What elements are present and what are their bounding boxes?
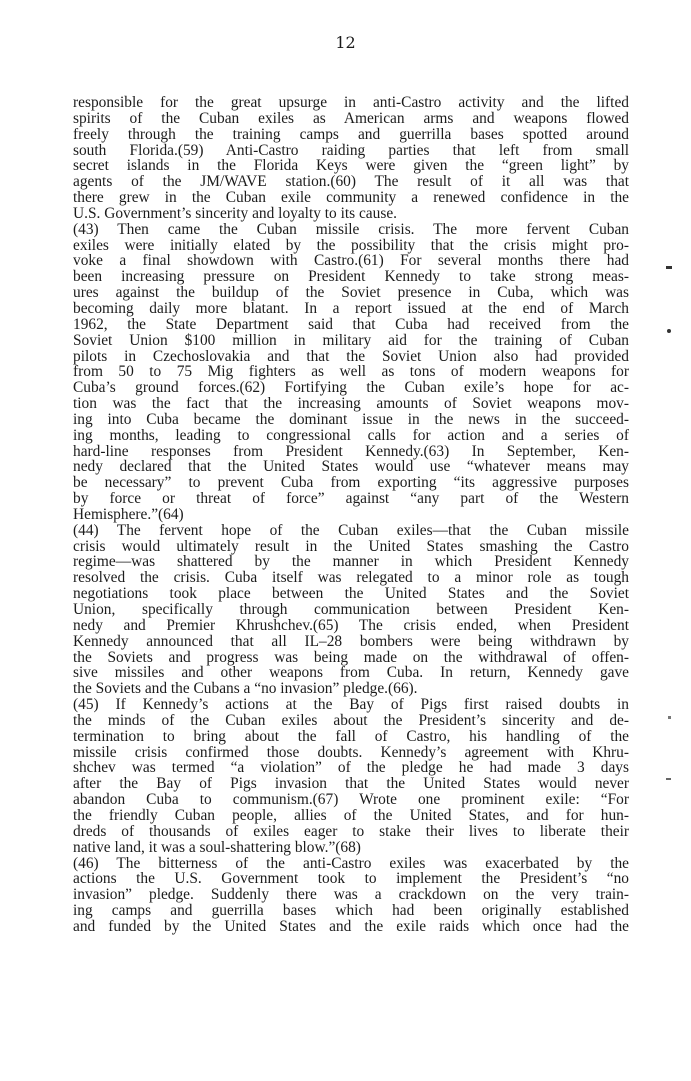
text-line: Kennedy announced that all IL–28 bombers… [73,634,629,650]
text-line: agents of the JM/WAVE station.(60) The r… [73,174,629,190]
body-text: responsible for the great upsurge in ant… [73,95,629,935]
text-line: Cuba’s ground forces.(62) Fortifying the… [73,380,629,396]
text-line: pilots in Czechoslovakia and that the So… [73,349,629,365]
text-line: ing into Cuba became the dominant issue … [73,412,629,428]
text-line: regime—was shattered by the manner in wh… [73,554,629,570]
text-line: Union, specifically through communicatio… [73,602,629,618]
text-line: becoming daily more blatant. In a report… [73,301,629,317]
text-line: missile crisis confirmed those doubts. K… [73,745,629,761]
text-line: the minds of the Cuban exiles about the … [73,713,629,729]
text-line: sive missiles and other weapons from Cub… [73,665,629,681]
text-line: from 50 to 75 Mig fighters as well as to… [73,364,629,380]
text-line: (43) Then came the Cuban missile crisis.… [73,222,629,238]
text-line: native land, it was a soul-shattering bl… [73,840,629,856]
page-number: 12 [0,33,691,52]
margin-mark [666,266,672,269]
text-line: hard-line responses from President Kenne… [73,444,629,460]
text-line: exiles were initially elated by the poss… [73,238,629,254]
text-line: freely through the training camps and gu… [73,127,629,143]
text-line: resolved the crisis. Cuba itself was rel… [73,570,629,586]
text-line: voke a final showdown with Castro.(61) F… [73,253,629,269]
text-line: been increasing pressure on President Ke… [73,269,629,285]
text-line: ing camps and guerrilla bases which had … [73,903,629,919]
text-line: ing months, leading to congressional cal… [73,428,629,444]
text-line: invasion” pledge. Suddenly there was a c… [73,887,629,903]
margin-mark [666,778,671,780]
text-line: be necessary” to prevent Cuba from expor… [73,475,629,491]
text-line: by force or threat of force” against “an… [73,491,629,507]
text-line: south Florida.(59) Anti-Castro raiding p… [73,143,629,159]
text-line: actions the U.S. Government took to impl… [73,871,629,887]
text-line: Hemisphere.”(64) [73,507,629,523]
text-line: Soviet Union $100 million in military ai… [73,333,629,349]
text-line: nedy and Premier Khrushchev.(65) The cri… [73,618,629,634]
text-line: negotiations took place between the Unit… [73,586,629,602]
text-line: crisis would ultimately result in the Un… [73,539,629,555]
text-line: and funded by the United States and the … [73,919,629,935]
text-line: the friendly Cuban people, allies of the… [73,808,629,824]
text-line: tion was the fact that the increasing am… [73,396,629,412]
margin-mark [668,716,671,719]
text-line: shchev was termed “a violation” of the p… [73,760,629,776]
text-line: 1962, the State Department said that Cub… [73,317,629,333]
text-line: termination to bring about the fall of C… [73,729,629,745]
text-line: (45) If Kennedy’s actions at the Bay of … [73,697,629,713]
margin-mark [667,329,671,333]
text-line: nedy declared that the United States wou… [73,459,629,475]
text-line: the Soviets and the Cubans a “no invasio… [73,681,629,697]
text-line: after the Bay of Pigs invasion that the … [73,776,629,792]
text-line: U.S. Government’s sincerity and loyalty … [73,206,629,222]
text-line: responsible for the great upsurge in ant… [73,95,629,111]
text-line: the Soviets and progress was being made … [73,650,629,666]
text-line: spirits of the Cuban exiles as American … [73,111,629,127]
text-line: dreds of thousands of exiles eager to st… [73,824,629,840]
text-line: (44) The fervent hope of the Cuban exile… [73,523,629,539]
text-line: abandon Cuba to communism.(67) Wrote one… [73,792,629,808]
text-line: there grew in the Cuban exile community … [73,190,629,206]
text-line: (46) The bitterness of the anti-Castro e… [73,856,629,872]
text-line: ures against the buildup of the Soviet p… [73,285,629,301]
text-line: secret islands in the Florida Keys were … [73,158,629,174]
